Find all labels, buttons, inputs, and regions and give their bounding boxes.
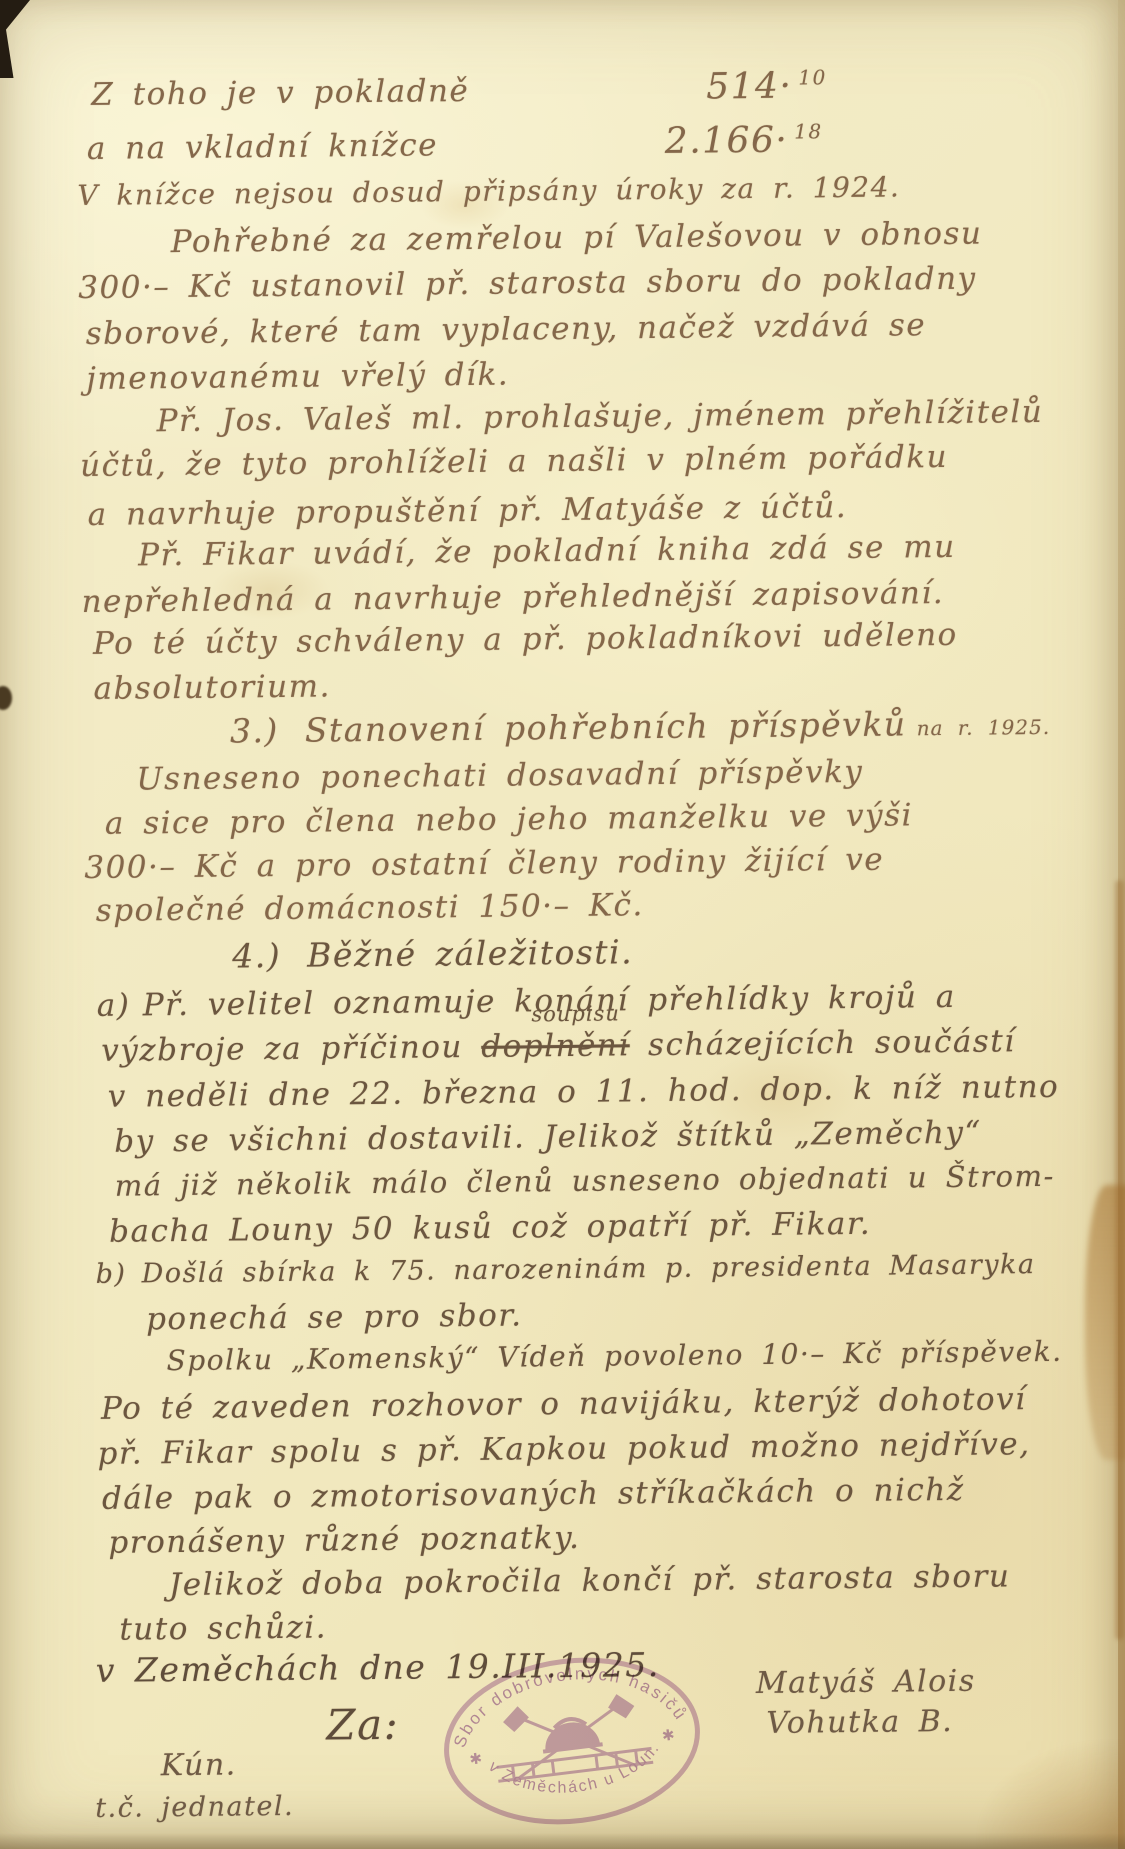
handwritten-line: má již několik málo členů usneseno objed… bbox=[115, 1159, 1055, 1203]
handwritten-line: 300·– Kč a pro ostatní členy rodiny žijí… bbox=[84, 842, 884, 886]
item-marker: a) bbox=[97, 988, 131, 1024]
balance-amount: 514·10 bbox=[706, 65, 827, 107]
handwritten-line: Po té účty schváleny a př. pokladníkovi … bbox=[93, 617, 958, 662]
handwritten-line: Spolku „Komenský“ Vídeň povoleno 10·– Kč… bbox=[166, 1335, 1062, 1377]
handwritten-line: Jelikož doba pokročila končí př. starost… bbox=[169, 1558, 1011, 1603]
balance-label: a na vkladní knížce bbox=[87, 127, 438, 167]
handwritten-line: v neděli dne 22. března o 11. hod. dop. … bbox=[108, 1069, 1060, 1115]
handwritten-line: Př. Jos. Valeš ml. prohlašuje, jménem př… bbox=[157, 394, 1044, 439]
section-heading: 4.)Běžné záležitosti. bbox=[232, 932, 633, 975]
item-marker: b) bbox=[95, 1259, 126, 1290]
handwritten-line: tuto schůzi. bbox=[119, 1610, 327, 1648]
handwritten-line: nepřehledná a navrhuje přehlednější zapi… bbox=[81, 575, 944, 620]
za-label: Za: bbox=[326, 1700, 399, 1750]
handwritten-line: a sice pro člena nebo jeho manželku ve v… bbox=[105, 797, 913, 841]
section-number: 3.) bbox=[230, 711, 279, 751]
handwritten-line: by se všichni dostavili. Jelikož štítků … bbox=[114, 1115, 982, 1160]
handwritten-line: ponechá se pro sbor. bbox=[146, 1297, 523, 1337]
handwritten-line: pronášeny různé poznatky. bbox=[108, 1520, 580, 1561]
section-number: 4.) bbox=[232, 936, 281, 976]
handwritten-line: Pohřebné za zemřelou pí Valešovou v obno… bbox=[171, 216, 983, 260]
stamp-star-right-icon: ✱ bbox=[661, 1727, 676, 1745]
corrected-line: výzbroje za příčinou doplněnísoupisu sch… bbox=[101, 1023, 1016, 1069]
handwritten-line: společné domácnosti 150·– Kč. bbox=[96, 887, 644, 929]
handwritten-line: účtů, že tyto prohlíželi a našli v plném… bbox=[80, 439, 948, 484]
document-page: Z toho je v pokladně 514·10 a na vkladní… bbox=[0, 0, 1125, 1849]
handwritten-line: absolutorium. bbox=[93, 668, 331, 706]
firefighter-stamp: Sbor dobrovolných hasičů v Zeměchách u L… bbox=[428, 1636, 716, 1845]
inserted-word: soupisu bbox=[531, 1001, 620, 1026]
handwritten-line: sborové, které tam vyplaceny, načež vzdá… bbox=[86, 307, 927, 352]
handwritten-line: 300·– Kč ustanovil př. starosta sboru do… bbox=[78, 261, 977, 306]
list-item: b)Došlá sbírka k 75. narozeninám p. pres… bbox=[141, 1249, 1035, 1289]
handwritten-line: V knížce nejsou dosud připsány úroky za … bbox=[77, 170, 900, 212]
balance-amount: 2.166·18 bbox=[665, 119, 823, 162]
heading-suffix: na r. 1925. bbox=[916, 715, 1050, 740]
handwritten-line: př. Fikar spolu s př. Kapkou pokud možno… bbox=[97, 1426, 1030, 1472]
signature: Kún. bbox=[161, 1747, 237, 1783]
handwriting-layer: Z toho je v pokladně 514·10 a na vkladní… bbox=[0, 0, 1125, 1849]
balance-row: Z toho je v pokladně 514·10 bbox=[91, 67, 1031, 113]
handwritten-line: Po té zaveden rozhovor o navijáku, který… bbox=[101, 1381, 1027, 1427]
stamp-star-left-icon: ✱ bbox=[469, 1750, 484, 1768]
handwritten-line: jmenovanému vřelý dík. bbox=[86, 357, 509, 397]
signature: Vohutka B. bbox=[766, 1704, 953, 1741]
balance-label: Z toho je v pokladně bbox=[91, 73, 469, 113]
handwritten-line: Př. Fikar uvádí, že pokladní kniha zdá s… bbox=[138, 529, 956, 574]
handwritten-line: bacha Louny 50 kusů což opatří př. Fikar… bbox=[109, 1206, 871, 1250]
signature-role: t.č. jednatel. bbox=[95, 1791, 294, 1824]
handwritten-line: dále pak o zmotorisovaných stříkačkách o… bbox=[102, 1472, 965, 1517]
handwritten-line: Usneseno ponechati dosavadní příspěvky bbox=[136, 754, 863, 798]
signature: Matyáš Alois bbox=[756, 1664, 976, 1701]
section-heading: 3.)Stanovení pohřebních příspěvkůna r. 1… bbox=[230, 703, 1051, 751]
balance-row: a na vkladní knížce 2.166·18 bbox=[87, 121, 1032, 167]
handwritten-line: a navrhuje propuštění př. Matyáše z účtů… bbox=[87, 489, 847, 533]
struck-word: doplnění bbox=[481, 1027, 630, 1065]
